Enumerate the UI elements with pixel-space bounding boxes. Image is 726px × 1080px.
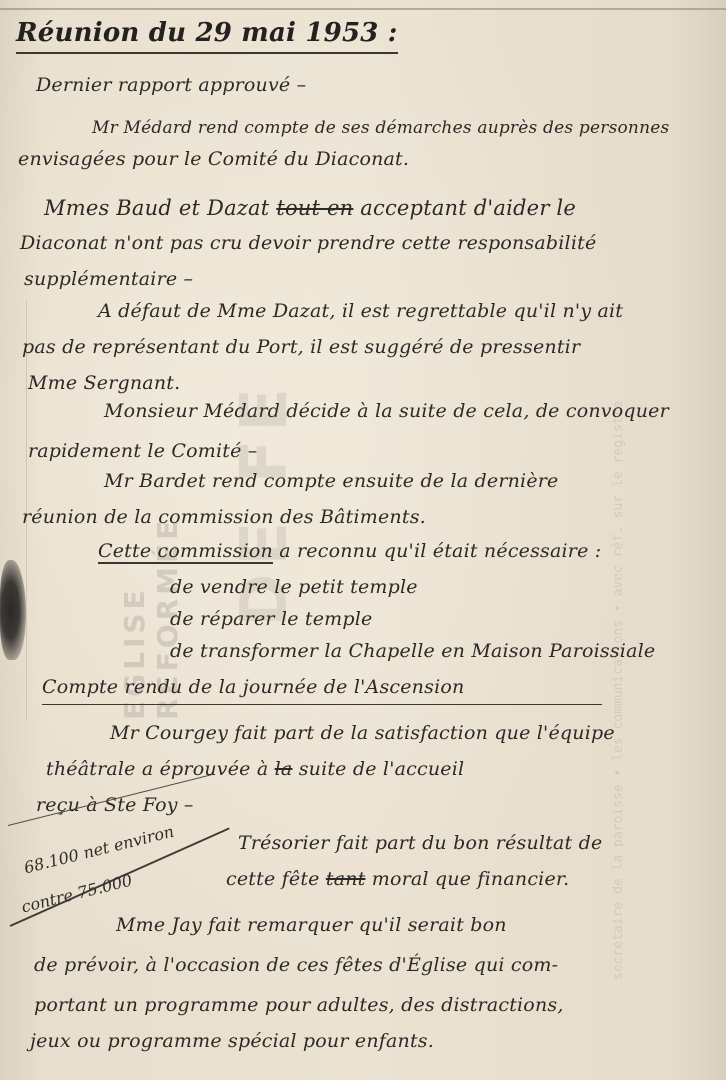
list-item: de vendre le petit temple (170, 576, 418, 598)
continued-text: acceptant d'aider le (360, 196, 576, 220)
text-segment: théâtrale a éprouvée à (46, 758, 268, 780)
text-segment: suite de l'accueil (299, 758, 465, 780)
minutes-line: pas de représentant du Port, il est sugg… (22, 336, 580, 358)
minutes-line: théâtrale a éprouvée à la suite de l'acc… (46, 758, 464, 780)
minutes-line: portant un programme pour adultes, des d… (34, 994, 564, 1016)
bleed-through-text-right: secrétaire de la paroisse • les communic… (610, 80, 720, 980)
pencil-smudge (0, 560, 26, 660)
minutes-line: Mmes Baud et Dazat tout en acceptant d'a… (44, 196, 576, 220)
minutes-line: Mme Jay fait remarquer qu'il serait bon (116, 914, 507, 936)
minutes-line: supplémentaire – (24, 268, 193, 290)
commission-text: a reconnu qu'il était nécessaire : (279, 540, 601, 562)
struck-text: tout en (276, 196, 353, 220)
names-text: Mmes Baud et Dazat (44, 196, 269, 220)
minutes-line: Mr Courgey fait part de la satisfaction … (110, 722, 615, 744)
minutes-line: réunion de la commission des Bâtiments. (22, 506, 426, 528)
minutes-line: Dernier rapport approuvé – (36, 74, 306, 96)
minutes-line: jeux ou programme spécial pour enfants. (30, 1030, 434, 1052)
minutes-line: Monsieur Médard décide à la suite de cel… (104, 400, 669, 422)
minutes-line: A défaut de Mme Dazat, il est regrettabl… (98, 300, 623, 322)
text-segment: cette fête (226, 868, 320, 890)
minutes-line: de prévoir, à l'occasion de ces fêtes d'… (34, 954, 558, 976)
minutes-line: Trésorier fait part du bon résultat de (238, 832, 602, 854)
minutes-line: Mr Bardet rend compte ensuite de la dern… (104, 470, 559, 492)
commission-heading: Cette commission (98, 540, 273, 564)
minutes-line: Diaconat n'ont pas cru devoir prendre ce… (20, 232, 596, 254)
text-segment: moral que financier. (372, 868, 570, 890)
notebook-page: EGLISE RÉFORMÉE DE FE secrétaire de la p… (0, 0, 726, 1080)
page-title: Réunion du 29 mai 1953 : (16, 18, 398, 54)
minutes-line: cette fête tant moral que financier. (226, 868, 569, 890)
list-item: de réparer le temple (170, 608, 372, 630)
minutes-line: envisagées pour le Comité du Diaconat. (18, 148, 409, 170)
page-top-rule (0, 8, 726, 10)
minutes-line: rapidement le Comité – (28, 440, 257, 462)
minutes-line: Mr Médard rend compte de ses démarches a… (92, 118, 669, 138)
section-heading: Compte rendu de la journée de l'Ascensio… (42, 676, 602, 705)
minutes-line: Mme Sergnant. (28, 372, 180, 394)
struck-text: tant (326, 868, 366, 890)
list-item: de transformer la Chapelle en Maison Par… (170, 640, 655, 662)
minutes-line: Cette commission a reconnu qu'il était n… (98, 540, 601, 562)
struck-text: la (275, 758, 293, 780)
